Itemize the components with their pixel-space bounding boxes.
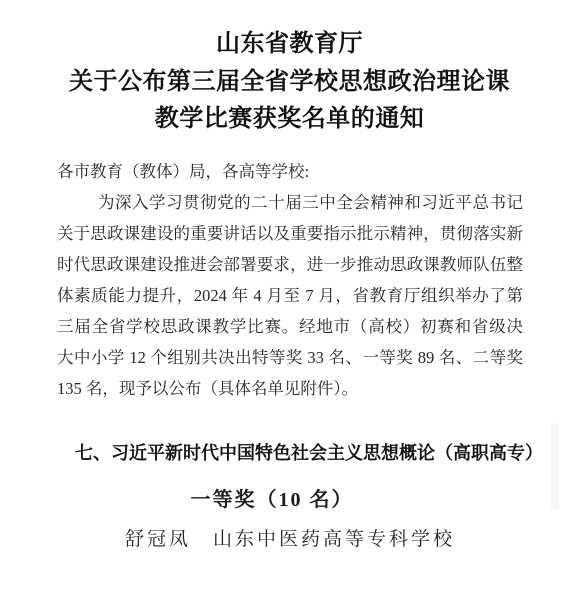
- notice-title-line2: 关于公布第三届全省学校思想政治理论课: [0, 64, 579, 102]
- notice-title: 山东省教育厅 关于公布第三届全省学校思想政治理论课 教学比赛获奖名单的通知: [0, 26, 579, 139]
- paragraph-line: 135 名，现予以公布（具体名单见附件）。: [57, 373, 523, 404]
- section-heading: 七、习近平新时代中国特色社会主义思想概论（高职高专）: [75, 440, 565, 466]
- scrollbar-artifact: [551, 423, 559, 510]
- paragraph-line: 时代思政课建设推进会部署要求，进一步推动思政课教师队伍整: [57, 249, 523, 280]
- winner-school: 山东中医药高等专科学校: [213, 529, 455, 550]
- award-title: 一等奖（10 名）: [57, 487, 487, 513]
- winner-row: 舒冠凤山东中医药高等专科学校: [57, 526, 523, 553]
- document-page: 山东省教育厅 关于公布第三届全省学校思想政治理论课 教学比赛获奖名单的通知 各市…: [0, 0, 579, 601]
- winner-name: 舒冠凤: [125, 529, 191, 550]
- notice-title-org: 山东省教育厅: [0, 26, 579, 64]
- notice-body-paragraph: 为深入学习贯彻党的二十届三中全会精神和习近平总书记 关于思政课建设的重要讲话以及…: [57, 187, 523, 404]
- paragraph-line: 体素质能力提升，2024 年 4 月至 7 月，省教育厅组织举办了第: [57, 280, 523, 311]
- salutation-line: 各市教育（教体）局，各高等学校:: [57, 156, 523, 187]
- paragraph-line: 大中小学 12 个组别共决出特等奖 33 名、一等奖 89 名、二等奖: [57, 342, 523, 373]
- paragraph-line: 三届全省学校思政课教学比赛。经地市（高校）初赛和省级决赛，: [57, 311, 523, 342]
- paragraph-line: 关于思政课建设的重要讲话以及重要指示批示精神，贯彻落实新: [57, 218, 523, 249]
- notice-title-line3: 教学比赛获奖名单的通知: [0, 101, 579, 139]
- paragraph-line: 为深入学习贯彻党的二十届三中全会精神和习近平总书记: [57, 187, 523, 218]
